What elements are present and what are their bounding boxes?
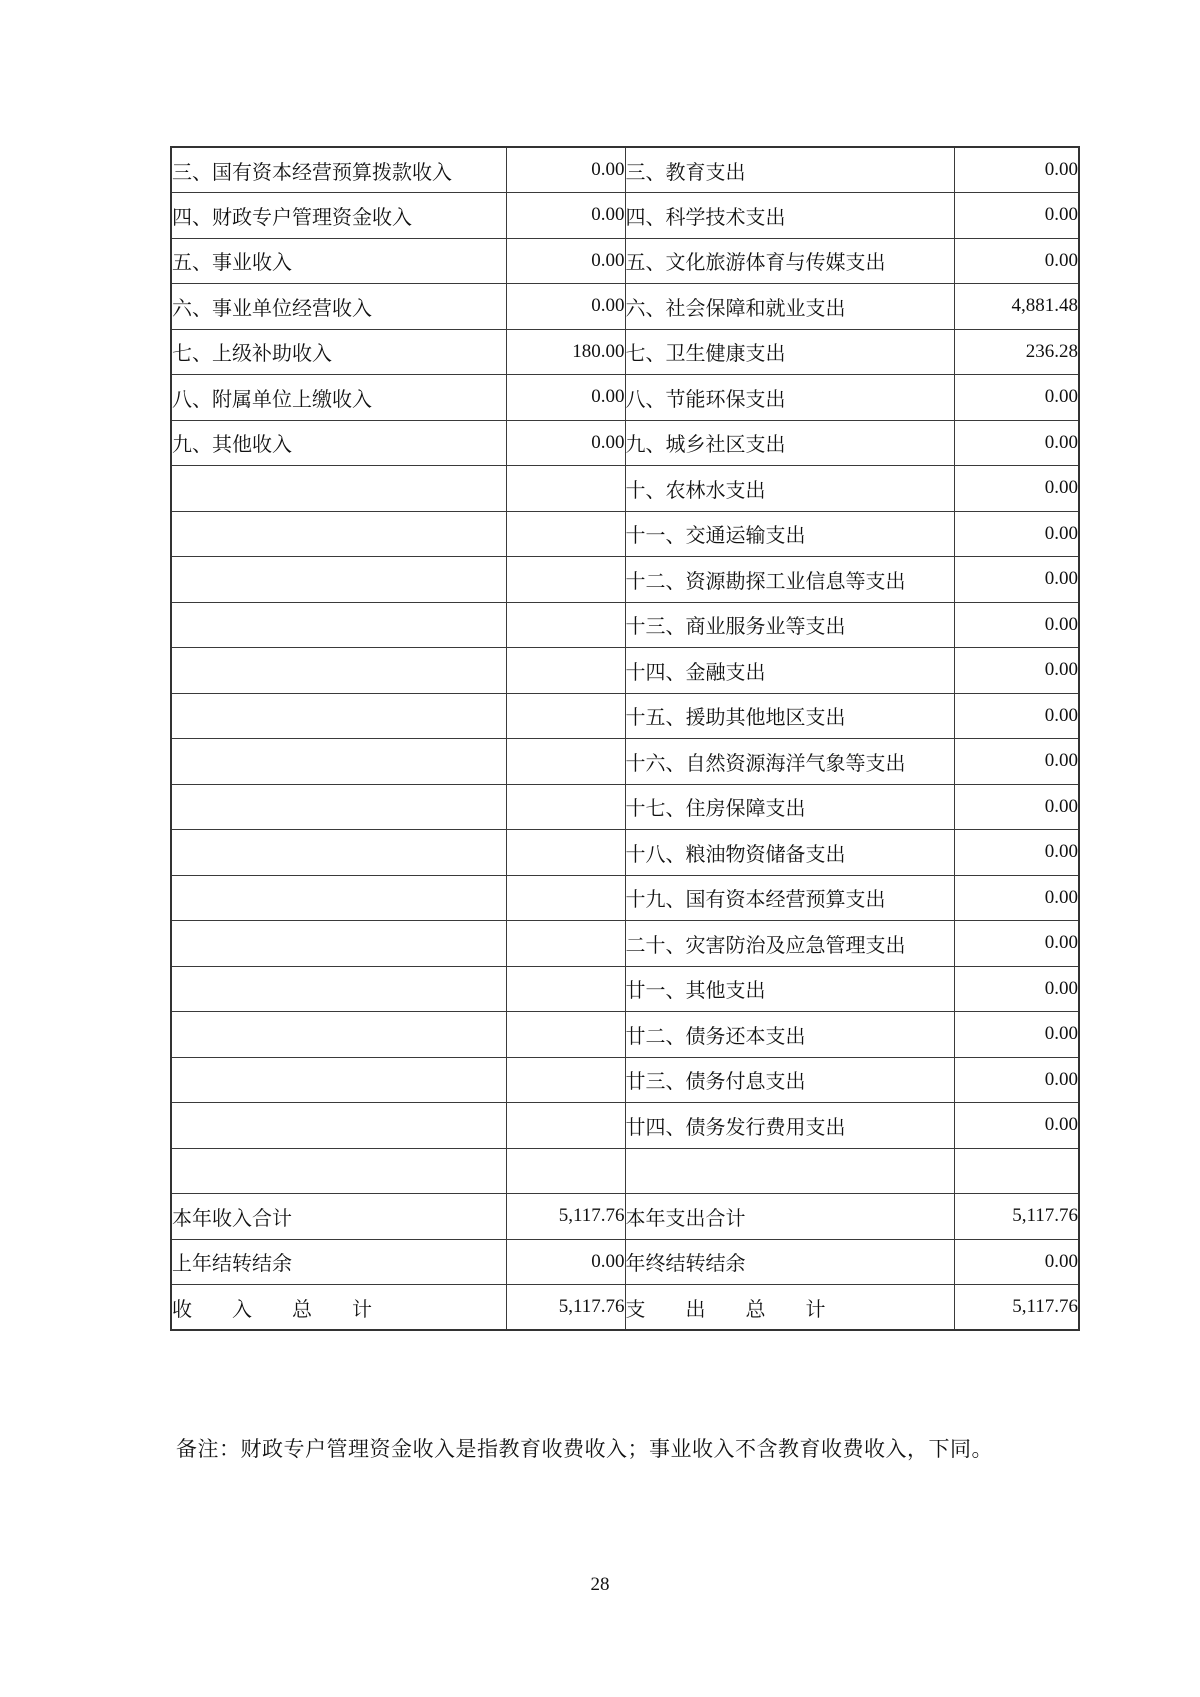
expense-item-cell: 十五、援助其他地区支出: [625, 693, 954, 739]
expense-item-cell: 廿一、其他支出: [625, 966, 954, 1012]
income-item-cell: [171, 602, 506, 648]
table-row: 十五、援助其他地区支出0.00: [171, 693, 1079, 739]
income-item-cell: 八、附属单位上缴收入: [171, 375, 506, 421]
income-item-cell: 三、国有资本经营预算拨款收入: [171, 147, 506, 193]
income-item-cell: 收 入 总 计: [171, 1285, 506, 1331]
expense-amount-cell: 0.00: [954, 193, 1079, 239]
table-row: 八、附属单位上缴收入0.00八、节能环保支出0.00: [171, 375, 1079, 421]
table-row: 廿四、债务发行费用支出0.00: [171, 1103, 1079, 1149]
expense-amount-cell: 0.00: [954, 875, 1079, 921]
expense-item-cell: 年终结转结余: [625, 1239, 954, 1285]
income-item-cell: 七、上级补助收入: [171, 329, 506, 375]
income-amount-cell: 0.00: [506, 147, 625, 193]
table-row: 五、事业收入0.00五、文化旅游体育与传媒支出0.00: [171, 238, 1079, 284]
income-item-cell: [171, 830, 506, 876]
expense-amount-cell: 0.00: [954, 830, 1079, 876]
income-amount-cell: [506, 466, 625, 512]
income-expense-table: 三、国有资本经营预算拨款收入0.00三、教育支出0.00四、财政专户管理资金收入…: [170, 146, 1080, 1331]
income-item-cell: [171, 966, 506, 1012]
expense-amount-cell: 0.00: [954, 648, 1079, 694]
expense-amount-cell: 0.00: [954, 739, 1079, 785]
expense-amount-cell: 0.00: [954, 238, 1079, 284]
table-row: 三、国有资本经营预算拨款收入0.00三、教育支出0.00: [171, 147, 1079, 193]
expense-item-cell: 二十、灾害防治及应急管理支出: [625, 921, 954, 967]
table-row: 十七、住房保障支出0.00: [171, 784, 1079, 830]
income-amount-cell: 5,117.76: [506, 1285, 625, 1331]
expense-amount-cell: 0.00: [954, 602, 1079, 648]
expense-item-cell: 十三、商业服务业等支出: [625, 602, 954, 648]
expense-amount-cell: 0.00: [954, 557, 1079, 603]
table-body: 三、国有资本经营预算拨款收入0.00三、教育支出0.00四、财政专户管理资金收入…: [171, 147, 1079, 1330]
page-number: 28: [0, 1574, 1200, 1596]
income-item-cell: [171, 466, 506, 512]
table-row: 二十、灾害防治及应急管理支出0.00: [171, 921, 1079, 967]
table-row: 十、农林水支出0.00: [171, 466, 1079, 512]
expense-item-cell: 廿四、债务发行费用支出: [625, 1103, 954, 1149]
income-item-cell: [171, 1012, 506, 1058]
expense-amount-cell: 0.00: [954, 420, 1079, 466]
expense-item-cell: 七、卫生健康支出: [625, 329, 954, 375]
income-item-cell: 四、财政专户管理资金收入: [171, 193, 506, 239]
income-amount-cell: 0.00: [506, 238, 625, 284]
expense-item-cell: 三、教育支出: [625, 147, 954, 193]
expense-item-cell: [625, 1148, 954, 1194]
income-amount-cell: [506, 784, 625, 830]
table-row: 十三、商业服务业等支出0.00: [171, 602, 1079, 648]
income-item-cell: [171, 1103, 506, 1149]
income-item-cell: 九、其他收入: [171, 420, 506, 466]
income-item-cell: [171, 693, 506, 739]
income-amount-cell: [506, 921, 625, 967]
income-amount-cell: 0.00: [506, 420, 625, 466]
expense-amount-cell: [954, 1148, 1079, 1194]
income-item-cell: 本年收入合计: [171, 1194, 506, 1240]
expense-item-cell: 十、农林水支出: [625, 466, 954, 512]
table-row: 本年收入合计5,117.76本年支出合计5,117.76: [171, 1194, 1079, 1240]
income-item-cell: [171, 739, 506, 785]
table-row: 收 入 总 计5,117.76支 出 总 计5,117.76: [171, 1285, 1079, 1331]
income-amount-cell: [506, 511, 625, 557]
income-item-cell: [171, 784, 506, 830]
expense-item-cell: 八、节能环保支出: [625, 375, 954, 421]
table-row: 廿一、其他支出0.00: [171, 966, 1079, 1012]
income-amount-cell: 0.00: [506, 375, 625, 421]
expense-item-cell: 十七、住房保障支出: [625, 784, 954, 830]
income-amount-cell: 180.00: [506, 329, 625, 375]
expense-amount-cell: 0.00: [954, 784, 1079, 830]
income-amount-cell: [506, 648, 625, 694]
income-item-cell: [171, 1057, 506, 1103]
income-item-cell: [171, 557, 506, 603]
expense-amount-cell: 0.00: [954, 966, 1079, 1012]
income-item-cell: 五、事业收入: [171, 238, 506, 284]
income-item-cell: [171, 648, 506, 694]
income-amount-cell: [506, 1148, 625, 1194]
table-row: 十二、资源勘探工业信息等支出0.00: [171, 557, 1079, 603]
income-amount-cell: [506, 875, 625, 921]
footnote: 备注：财政专户管理资金收入是指教育收费收入；事业收入不含教育收费收入，下同。: [176, 1433, 1136, 1463]
expense-amount-cell: 0.00: [954, 1012, 1079, 1058]
table-row: 九、其他收入0.00九、城乡社区支出0.00: [171, 420, 1079, 466]
table-row: 十六、自然资源海洋气象等支出0.00: [171, 739, 1079, 785]
expense-item-cell: 十二、资源勘探工业信息等支出: [625, 557, 954, 603]
expense-amount-cell: 0.00: [954, 147, 1079, 193]
expense-amount-cell: 0.00: [954, 1057, 1079, 1103]
expense-item-cell: 支 出 总 计: [625, 1285, 954, 1331]
table-row: 十八、粮油物资储备支出0.00: [171, 830, 1079, 876]
expense-item-cell: 十九、国有资本经营预算支出: [625, 875, 954, 921]
table-row: 四、财政专户管理资金收入0.00四、科学技术支出0.00: [171, 193, 1079, 239]
expense-item-cell: 本年支出合计: [625, 1194, 954, 1240]
expense-amount-cell: 0.00: [954, 1103, 1079, 1149]
expense-amount-cell: 0.00: [954, 375, 1079, 421]
income-amount-cell: [506, 1103, 625, 1149]
income-amount-cell: 0.00: [506, 284, 625, 330]
income-amount-cell: [506, 1012, 625, 1058]
income-amount-cell: [506, 557, 625, 603]
expense-amount-cell: 5,117.76: [954, 1285, 1079, 1331]
income-item-cell: [171, 875, 506, 921]
table-row: 十四、金融支出0.00: [171, 648, 1079, 694]
expense-amount-cell: 0.00: [954, 1239, 1079, 1285]
expense-amount-cell: 4,881.48: [954, 284, 1079, 330]
income-amount-cell: [506, 1057, 625, 1103]
income-amount-cell: [506, 602, 625, 648]
expense-item-cell: 十四、金融支出: [625, 648, 954, 694]
income-item-cell: [171, 511, 506, 557]
expense-amount-cell: 0.00: [954, 921, 1079, 967]
table-row: 十一、交通运输支出0.00: [171, 511, 1079, 557]
income-item-cell: [171, 921, 506, 967]
income-item-cell: 六、事业单位经营收入: [171, 284, 506, 330]
document-page: 三、国有资本经营预算拨款收入0.00三、教育支出0.00四、财政专户管理资金收入…: [0, 0, 1200, 1697]
expense-amount-cell: 0.00: [954, 466, 1079, 512]
income-amount-cell: 0.00: [506, 1239, 625, 1285]
income-amount-cell: 0.00: [506, 193, 625, 239]
expense-item-cell: 五、文化旅游体育与传媒支出: [625, 238, 954, 284]
expense-item-cell: 十六、自然资源海洋气象等支出: [625, 739, 954, 785]
expense-amount-cell: 0.00: [954, 511, 1079, 557]
expense-amount-cell: 5,117.76: [954, 1194, 1079, 1240]
income-amount-cell: [506, 693, 625, 739]
table-row: [171, 1148, 1079, 1194]
expense-item-cell: 廿三、债务付息支出: [625, 1057, 954, 1103]
expense-amount-cell: 236.28: [954, 329, 1079, 375]
income-amount-cell: [506, 966, 625, 1012]
expense-item-cell: 四、科学技术支出: [625, 193, 954, 239]
table-row: 六、事业单位经营收入0.00六、社会保障和就业支出4,881.48: [171, 284, 1079, 330]
expense-item-cell: 廿二、债务还本支出: [625, 1012, 954, 1058]
expense-amount-cell: 0.00: [954, 693, 1079, 739]
income-amount-cell: [506, 739, 625, 785]
table-row: 七、上级补助收入180.00七、卫生健康支出236.28: [171, 329, 1079, 375]
table-row: 廿三、债务付息支出0.00: [171, 1057, 1079, 1103]
table-row: 上年结转结余0.00年终结转结余0.00: [171, 1239, 1079, 1285]
expense-item-cell: 六、社会保障和就业支出: [625, 284, 954, 330]
expense-item-cell: 十一、交通运输支出: [625, 511, 954, 557]
table-row: 廿二、债务还本支出0.00: [171, 1012, 1079, 1058]
income-item-cell: 上年结转结余: [171, 1239, 506, 1285]
table-row: 十九、国有资本经营预算支出0.00: [171, 875, 1079, 921]
expense-item-cell: 九、城乡社区支出: [625, 420, 954, 466]
income-amount-cell: [506, 830, 625, 876]
income-item-cell: [171, 1148, 506, 1194]
income-amount-cell: 5,117.76: [506, 1194, 625, 1240]
expense-item-cell: 十八、粮油物资储备支出: [625, 830, 954, 876]
